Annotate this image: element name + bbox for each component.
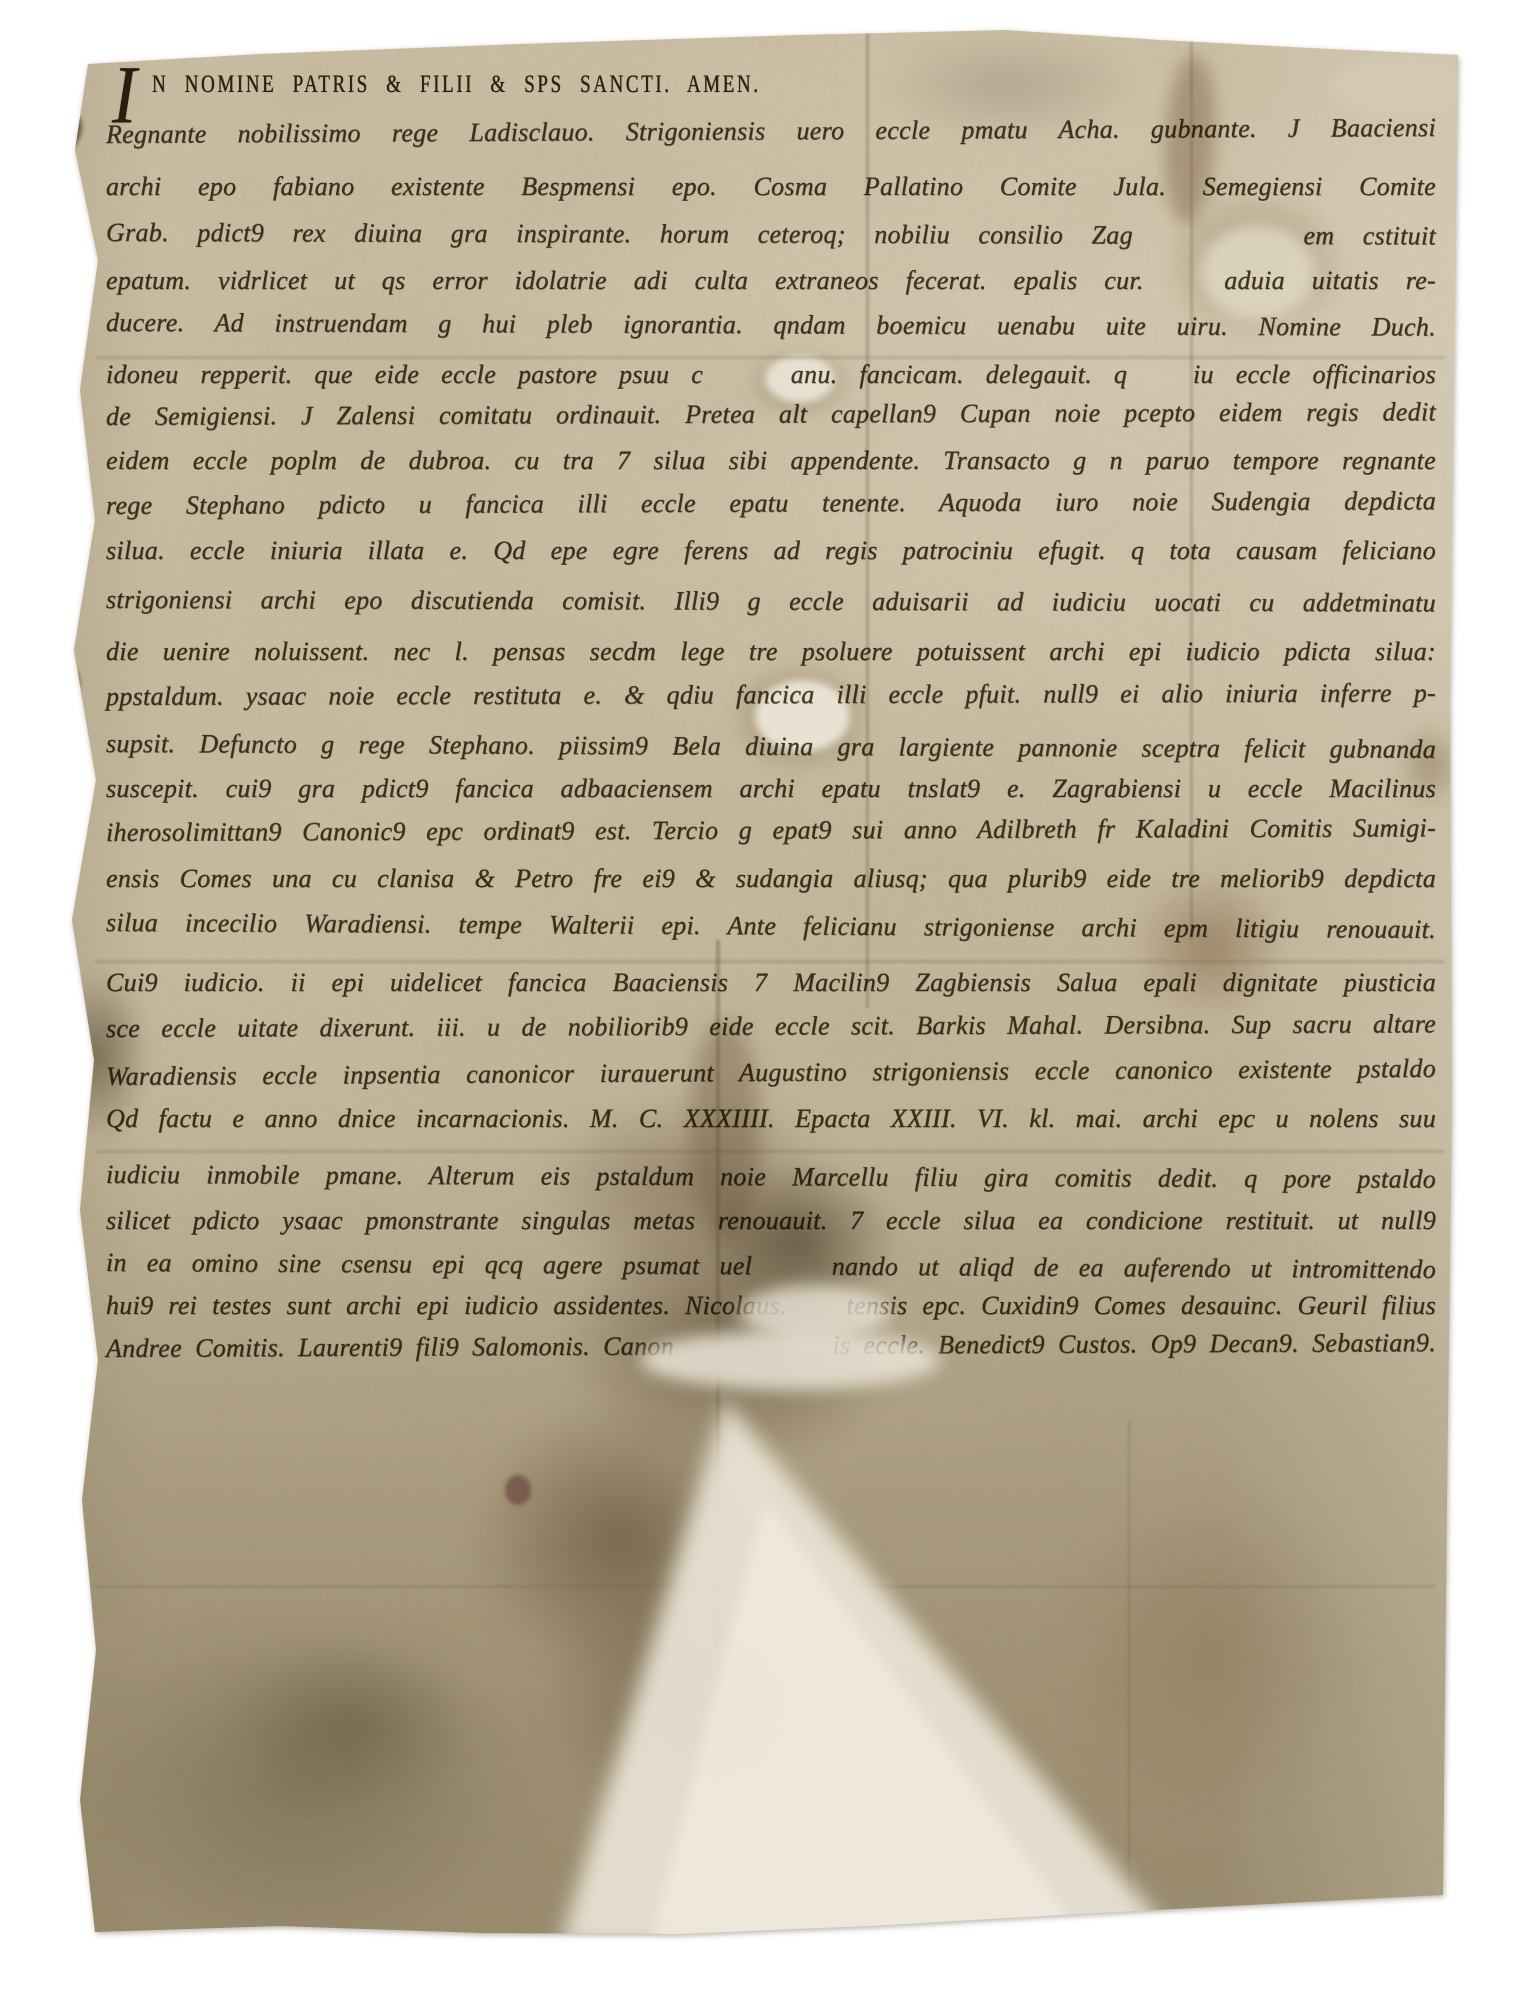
ink-mark xyxy=(52,1240,70,1266)
damage-light-patch xyxy=(640,1330,940,1390)
damage-light-triangle-core xyxy=(0,0,1525,2000)
ink-mark xyxy=(58,290,74,314)
parchment-charter: I N NOMINE PATRIS & FILII & SPS SANCTI. … xyxy=(0,0,1525,2000)
ink-mark xyxy=(60,668,80,698)
ink-mark xyxy=(60,1450,80,1478)
photo-canvas: I N NOMINE PATRIS & FILII & SPS SANCTI. … xyxy=(0,0,1525,2000)
parchment-shadow-wrap: I N NOMINE PATRIS & FILII & SPS SANCTI. … xyxy=(0,0,1525,2000)
